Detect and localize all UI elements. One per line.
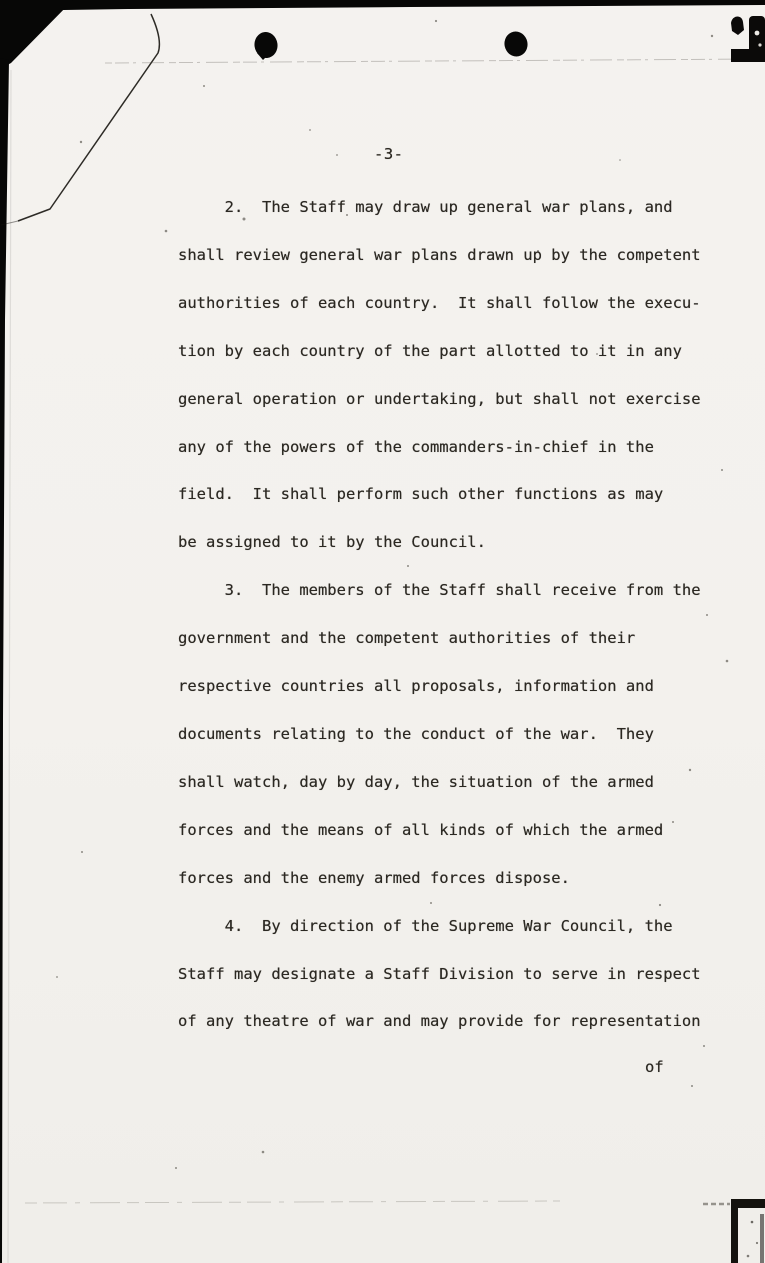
bottom-right-corner-mark: [703, 1199, 765, 1263]
text-line: tion by each country of the part allotte…: [178, 328, 723, 376]
text-line: Staff may designate a Staff Division to …: [178, 951, 723, 999]
text-line: forces and the means of all kinds of whi…: [178, 807, 723, 855]
text-line: shall review general war plans drawn up …: [178, 232, 723, 280]
text-line: any of the powers of the commanders-in-c…: [178, 424, 723, 472]
crease-line-tail: [1, 221, 18, 225]
page-number: -3-: [374, 145, 404, 163]
text-line: general operation or undertaking, but sh…: [178, 376, 723, 424]
document-body: 2. The Staff may draw up general war pla…: [178, 184, 723, 1046]
text-line: authorities of each country. It shall fo…: [178, 280, 723, 328]
scanner-corner-triangle: [0, 0, 73, 69]
text-line: 2. The Staff may draw up general war pla…: [178, 184, 723, 232]
text-line: government and the competent authorities…: [178, 615, 723, 663]
punch-hole-right: [502, 29, 530, 58]
text-line: forces and the enemy armed forces dispos…: [178, 855, 723, 903]
bottom-fold-line: [25, 1201, 560, 1203]
text-line: respective countries all proposals, info…: [178, 663, 723, 711]
page-edge-shadow: [8, 70, 11, 1263]
catchword: of: [645, 1058, 664, 1076]
crease-line: [18, 14, 159, 221]
scanned-document-page: -3- 2. The Staff may draw up general war…: [0, 0, 765, 1263]
text-line: shall watch, day by day, the situation o…: [178, 759, 723, 807]
scanner-top-edge: [0, 0, 765, 11]
punch-hole-left: [253, 31, 279, 60]
scanner-left-edge: [0, 58, 9, 1263]
text-line: 4. By direction of the Supreme War Counc…: [178, 903, 723, 951]
text-line: be assigned to it by the Council.: [178, 519, 723, 567]
top-fold-line: [105, 59, 765, 63]
text-line: 3. The members of the Staff shall receiv…: [178, 567, 723, 615]
top-right-corner-mark: [731, 16, 765, 62]
text-line: field. It shall perform such other funct…: [178, 471, 723, 519]
text-line: of any theatre of war and may provide fo…: [178, 998, 723, 1046]
text-line: documents relating to the conduct of the…: [178, 711, 723, 759]
